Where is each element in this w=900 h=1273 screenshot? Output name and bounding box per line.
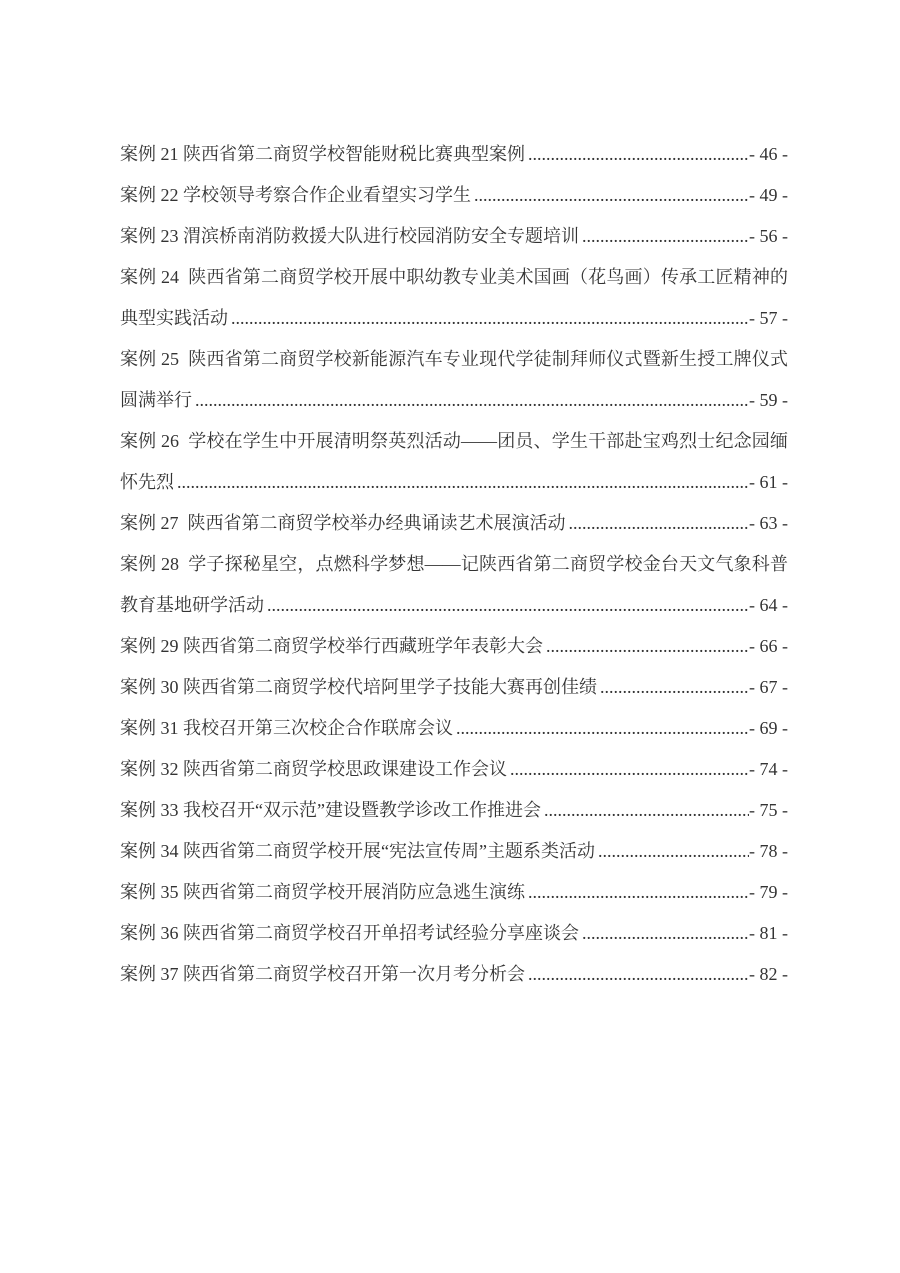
toc-entry: 案例 23 渭滨桥南消防救援大队进行校园消防安全专题培训 - 56 -: [120, 216, 788, 257]
toc-entry-title[interactable]: 怀先烈: [120, 462, 174, 503]
toc-entry-title[interactable]: 案例 33 我校召开“双示范”建设暨教学诊改工作推进会: [120, 790, 541, 831]
toc-entry-line[interactable]: 案例 28 学子探秘星空，点燃科学梦想——记陕西省第二商贸学校金台天文气象科普: [120, 544, 788, 585]
toc-entry: 案例 29 陕西省第二商贸学校举行西藏班学年表彰大会 - 66 -: [120, 626, 788, 667]
toc-page-number[interactable]: - 66 -: [749, 626, 788, 667]
toc-entry-title[interactable]: 圆满举行: [120, 380, 192, 421]
toc-page-number[interactable]: - 67 -: [749, 667, 788, 708]
toc-entry-title[interactable]: 案例 22 学校领导考察合作企业看望实习学生: [120, 175, 471, 216]
toc-entry-line[interactable]: 案例 33 我校召开“双示范”建设暨教学诊改工作推进会 - 75 -: [120, 790, 788, 831]
toc-page-number[interactable]: - 81 -: [749, 913, 788, 954]
toc-entry: 案例 21 陕西省第二商贸学校智能财税比赛典型案例 - 46 -: [120, 134, 788, 175]
toc-entry-title[interactable]: 教育基地研学活动: [120, 585, 264, 626]
toc-entry-line[interactable]: 案例 30 陕西省第二商贸学校代培阿里学子技能大赛再创佳绩 - 67 -: [120, 667, 788, 708]
toc-leader-dots: [195, 380, 749, 421]
toc-entry-line[interactable]: 教育基地研学活动 - 64 -: [120, 585, 788, 626]
toc-entry: 案例 31 我校召开第三次校企合作联席会议 - 69 -: [120, 708, 788, 749]
toc-entry-title[interactable]: 案例 37 陕西省第二商贸学校召开第一次月考分析会: [120, 954, 525, 995]
toc-entry: 案例 27 陕西省第二商贸学校举办经典诵读艺术展演活动 - 63 -: [120, 503, 788, 544]
toc-entry-line[interactable]: 案例 31 我校召开第三次校企合作联席会议 - 69 -: [120, 708, 788, 749]
toc-entry-title[interactable]: 案例 35 陕西省第二商贸学校开展消防应急逃生演练: [120, 872, 525, 913]
toc-entry-line[interactable]: 案例 37 陕西省第二商贸学校召开第一次月考分析会 - 82 -: [120, 954, 788, 995]
toc-page-number[interactable]: - 74 -: [749, 749, 788, 790]
toc-leader-dots: [582, 216, 749, 257]
toc-entry-line[interactable]: 案例 21 陕西省第二商贸学校智能财税比赛典型案例 - 46 -: [120, 134, 788, 175]
toc-leader-dots: [544, 790, 749, 831]
toc-entry: 案例 37 陕西省第二商贸学校召开第一次月考分析会 - 82 -: [120, 954, 788, 995]
toc-page-number[interactable]: - 63 -: [749, 503, 788, 544]
document-page: 案例 21 陕西省第二商贸学校智能财税比赛典型案例 - 46 - 案例 22 学…: [0, 0, 900, 1273]
toc-entry-title[interactable]: 案例 34 陕西省第二商贸学校开展“宪法宣传周”主题系类活动: [120, 831, 595, 872]
toc-entry: 案例 32 陕西省第二商贸学校思政课建设工作会议 - 74 -: [120, 749, 788, 790]
toc-entry: 案例 36 陕西省第二商贸学校召开单招考试经验分享座谈会 - 81 -: [120, 913, 788, 954]
toc-entry-title[interactable]: 案例 36 陕西省第二商贸学校召开单招考试经验分享座谈会: [120, 913, 579, 954]
toc-entry-line[interactable]: 案例 27 陕西省第二商贸学校举办经典诵读艺术展演活动 - 63 -: [120, 503, 788, 544]
table-of-contents: 案例 21 陕西省第二商贸学校智能财税比赛典型案例 - 46 - 案例 22 学…: [120, 134, 788, 995]
toc-leader-dots: [474, 175, 749, 216]
toc-leader-dots: [546, 626, 749, 667]
toc-entry-title[interactable]: 案例 27 陕西省第二商贸学校举办经典诵读艺术展演活动: [120, 503, 566, 544]
toc-entry: 案例 22 学校领导考察合作企业看望实习学生 - 49 -: [120, 175, 788, 216]
toc-page-number[interactable]: - 59 -: [749, 380, 788, 421]
toc-leader-dots: [600, 667, 749, 708]
toc-entry-line[interactable]: 案例 23 渭滨桥南消防救援大队进行校园消防安全专题培训 - 56 -: [120, 216, 788, 257]
toc-entry-line[interactable]: 案例 24 陕西省第二商贸学校开展中职幼教专业美术国画（花鸟画）传承工匠精神的: [120, 257, 788, 298]
toc-entry-line[interactable]: 案例 22 学校领导考察合作企业看望实习学生 - 49 -: [120, 175, 788, 216]
toc-entry-line[interactable]: 案例 34 陕西省第二商贸学校开展“宪法宣传周”主题系类活动 - 78 -: [120, 831, 788, 872]
toc-entry-line[interactable]: 案例 25 陕西省第二商贸学校新能源汽车专业现代学徒制拜师仪式暨新生授工牌仪式: [120, 339, 788, 380]
toc-entry-line[interactable]: 典型实践活动 - 57 -: [120, 298, 788, 339]
toc-leader-dots: [528, 134, 749, 175]
toc-page-number[interactable]: - 75 -: [749, 790, 788, 831]
toc-entry: 案例 25 陕西省第二商贸学校新能源汽车专业现代学徒制拜师仪式暨新生授工牌仪式 …: [120, 339, 788, 421]
toc-entry-line[interactable]: 怀先烈 - 61 -: [120, 462, 788, 503]
toc-entry-title[interactable]: 典型实践活动: [120, 298, 228, 339]
toc-leader-dots: [582, 913, 749, 954]
toc-leader-dots: [510, 749, 749, 790]
toc-leader-dots: [456, 708, 749, 749]
toc-entry-line[interactable]: 案例 32 陕西省第二商贸学校思政课建设工作会议 - 74 -: [120, 749, 788, 790]
toc-entry-line[interactable]: 案例 29 陕西省第二商贸学校举行西藏班学年表彰大会 - 66 -: [120, 626, 788, 667]
toc-page-number[interactable]: - 79 -: [749, 872, 788, 913]
toc-leader-dots: [231, 298, 749, 339]
toc-entry-line[interactable]: 案例 36 陕西省第二商贸学校召开单招考试经验分享座谈会 - 81 -: [120, 913, 788, 954]
toc-entry-title[interactable]: 案例 29 陕西省第二商贸学校举行西藏班学年表彰大会: [120, 626, 543, 667]
toc-entry-title[interactable]: 案例 31 我校召开第三次校企合作联席会议: [120, 708, 453, 749]
toc-entry: 案例 30 陕西省第二商贸学校代培阿里学子技能大赛再创佳绩 - 67 -: [120, 667, 788, 708]
toc-entry-title[interactable]: 案例 21 陕西省第二商贸学校智能财税比赛典型案例: [120, 134, 525, 175]
toc-entry: 案例 26 学校在学生中开展清明祭英烈活动——团员、学生干部赴宝鸡烈士纪念园缅 …: [120, 421, 788, 503]
toc-entry: 案例 24 陕西省第二商贸学校开展中职幼教专业美术国画（花鸟画）传承工匠精神的 …: [120, 257, 788, 339]
toc-leader-dots: [598, 831, 749, 872]
toc-entry: 案例 33 我校召开“双示范”建设暨教学诊改工作推进会 - 75 -: [120, 790, 788, 831]
toc-leader-dots: [528, 872, 749, 913]
toc-page-number[interactable]: - 82 -: [749, 954, 788, 995]
toc-entry: 案例 35 陕西省第二商贸学校开展消防应急逃生演练 - 79 -: [120, 872, 788, 913]
toc-page-number[interactable]: - 57 -: [749, 298, 788, 339]
toc-page-number[interactable]: - 49 -: [749, 175, 788, 216]
toc-entry: 案例 34 陕西省第二商贸学校开展“宪法宣传周”主题系类活动 - 78 -: [120, 831, 788, 872]
toc-page-number[interactable]: - 78 -: [749, 831, 788, 872]
toc-page-number[interactable]: - 46 -: [749, 134, 788, 175]
toc-entry-title[interactable]: 案例 30 陕西省第二商贸学校代培阿里学子技能大赛再创佳绩: [120, 667, 597, 708]
toc-page-number[interactable]: - 61 -: [749, 462, 788, 503]
toc-entry-title[interactable]: 案例 32 陕西省第二商贸学校思政课建设工作会议: [120, 749, 507, 790]
toc-leader-dots: [267, 585, 749, 626]
toc-entry-line[interactable]: 案例 35 陕西省第二商贸学校开展消防应急逃生演练 - 79 -: [120, 872, 788, 913]
toc-entry-title[interactable]: 案例 23 渭滨桥南消防救援大队进行校园消防安全专题培训: [120, 216, 579, 257]
toc-page-number[interactable]: - 56 -: [749, 216, 788, 257]
toc-page-number[interactable]: - 69 -: [749, 708, 788, 749]
toc-entry-line[interactable]: 圆满举行 - 59 -: [120, 380, 788, 421]
toc-leader-dots: [569, 503, 750, 544]
toc-leader-dots: [177, 462, 749, 503]
toc-page-number[interactable]: - 64 -: [749, 585, 788, 626]
toc-entry-line[interactable]: 案例 26 学校在学生中开展清明祭英烈活动——团员、学生干部赴宝鸡烈士纪念园缅: [120, 421, 788, 462]
toc-leader-dots: [528, 954, 749, 995]
toc-entry: 案例 28 学子探秘星空，点燃科学梦想——记陕西省第二商贸学校金台天文气象科普 …: [120, 544, 788, 626]
